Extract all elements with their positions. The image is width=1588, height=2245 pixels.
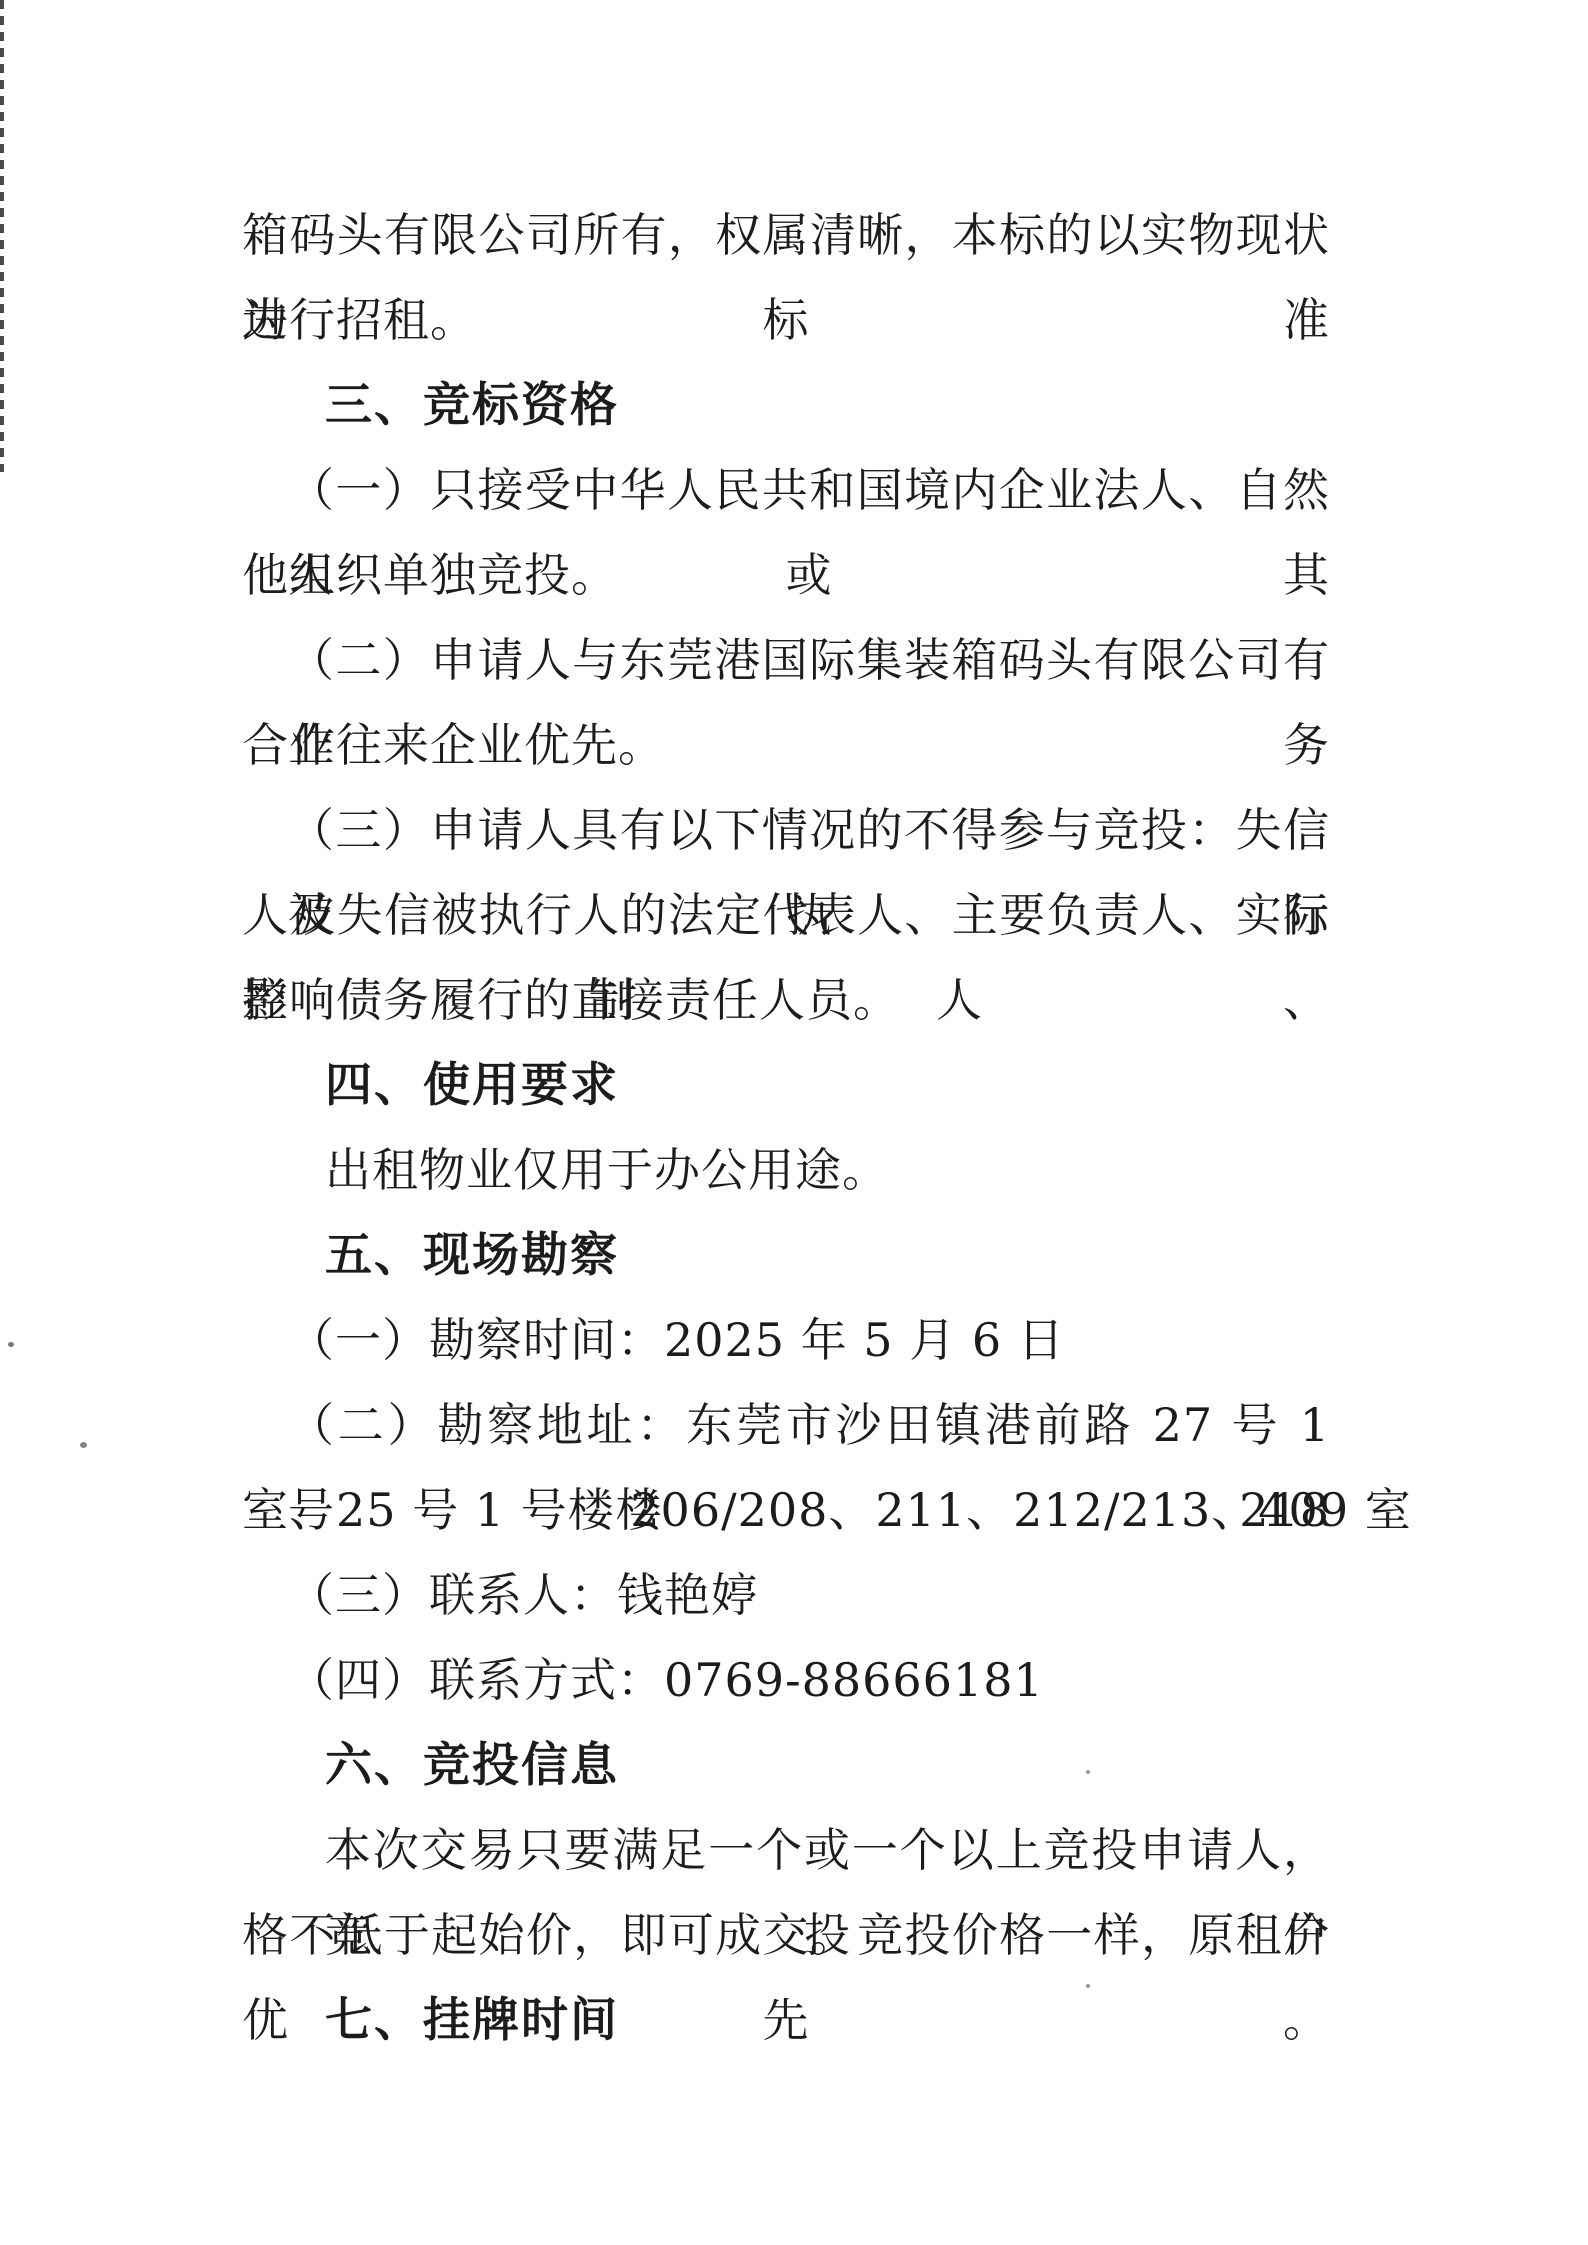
text-line: （一）只接受中华人民共和国境内企业法人、自然人或其 <box>0 448 1588 533</box>
text-line: （二）申请人与东莞港国际集装箱码头有限公司有业务 <box>0 618 1588 703</box>
heading-site-survey: 五、现场勘察 <box>0 1213 1588 1298</box>
scan-speck <box>8 1342 14 1347</box>
text-line: （三）申请人具有以下情况的不得参与竞投：失信被执行 <box>0 788 1588 873</box>
text-line: 出租物业仅用于办公用途。 <box>0 1128 1588 1213</box>
text-line-survey-time: （一）勘察时间：2025 年 5 月 6 日 <box>0 1298 1588 1383</box>
text-line-contact-phone: （四）联系方式：0769-88666181 <box>0 1638 1588 1723</box>
text-line-survey-address-cont: 室、25 号 1 号楼 206/208、211、212/213、409 室 <box>0 1468 1588 1553</box>
scan-speck <box>80 1442 87 1448</box>
text-line: 箱码头有限公司所有，权属清晰，本标的以实物现状为标准 <box>0 193 1588 278</box>
text-line: 格不低于起始价，即可成交。竞投价格一样，原租户优先。 <box>0 1893 1588 1978</box>
text-line-survey-address: （二）勘察地址：东莞市沙田镇港前路 27 号 1 号楼 218 <box>0 1383 1588 1468</box>
text-line: 人及失信被执行人的法定代表人、主要负责人、实际控制人、 <box>0 873 1588 958</box>
heading-bidding-info: 六、竞投信息 <box>0 1723 1588 1808</box>
scan-speck <box>1086 1770 1090 1774</box>
text-line: 影响债务履行的直接责任人员。 <box>0 958 1588 1043</box>
text-line-contact-person: （三）联系人：钱艳婷 <box>0 1553 1588 1638</box>
text-line: 本次交易只要满足一个或一个以上竞投申请人，竞投价 <box>0 1808 1588 1893</box>
heading-usage-requirements: 四、使用要求 <box>0 1043 1588 1128</box>
heading-bidding-qualification: 三、竞标资格 <box>0 363 1588 448</box>
scan-edge-artifact <box>0 0 4 472</box>
scan-speck <box>1086 1984 1090 1988</box>
document-page: 箱码头有限公司所有，权属清晰，本标的以实物现状为标准 进行招租。 三、竞标资格 … <box>0 0 1588 2245</box>
